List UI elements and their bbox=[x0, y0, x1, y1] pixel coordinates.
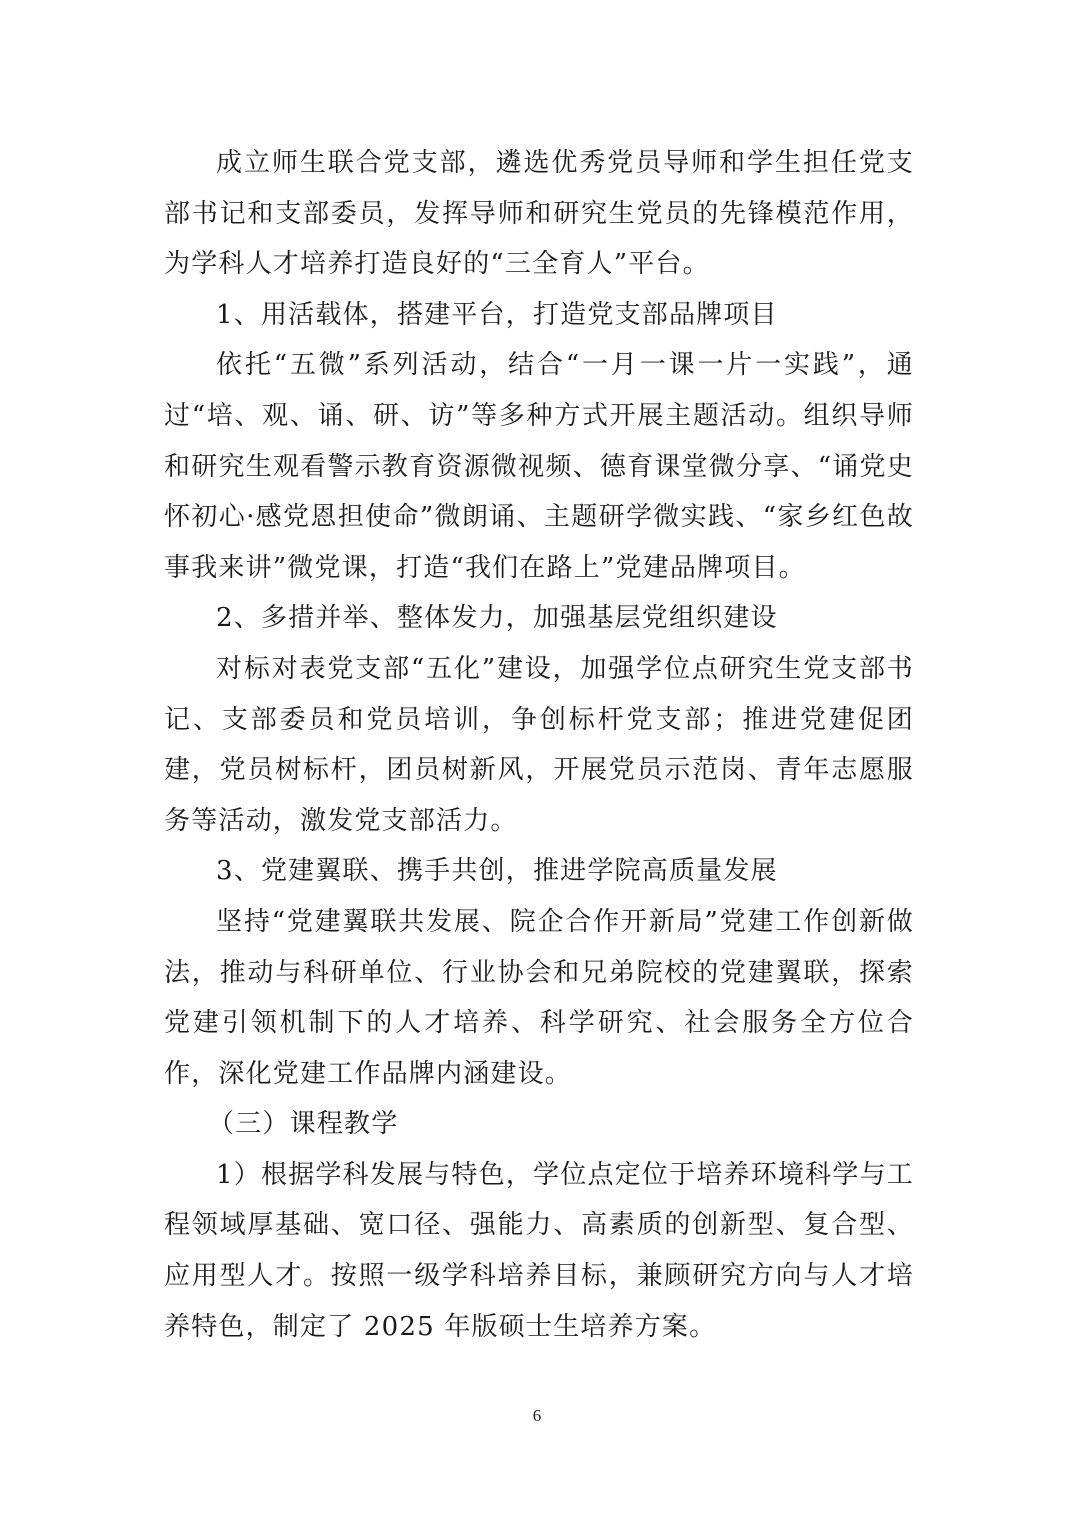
subheading-1-branch-brand: 1、用活载体，搭建平台，打造党支部品牌项目 bbox=[164, 290, 914, 341]
paragraph-training-plan: 1）根据学科发展与特色，学位点定位于培养环境科学与工程领域厚基础、宽口径、强能力… bbox=[164, 1150, 914, 1352]
paragraph-five-micro-activities: 依托“五微”系列活动，结合“一月一课一片一实践”，通过“培、观、诵、研、访”等多… bbox=[164, 340, 914, 593]
page-number: 6 bbox=[0, 1406, 1074, 1426]
subheading-3-party-building-alliance: 3、党建翼联、携手共创，推进学院高质量发展 bbox=[164, 846, 914, 897]
document-page: 成立师生联合党支部，遴选优秀党员导师和学生担任党支部书记和支部委员，发挥导师和研… bbox=[164, 138, 914, 1352]
paragraph-alliance-development: 坚持“党建翼联共发展、院企合作开新局”党建工作创新做法，推动与科研单位、行业协会… bbox=[164, 897, 914, 1099]
section-heading-course-teaching: （三）课程教学 bbox=[164, 1099, 914, 1150]
paragraph-five-standardization: 对标对表党支部“五化”建设，加强学位点研究生党支部书记、支部委员和党员培训，争创… bbox=[164, 644, 914, 846]
subheading-2-grassroots-building: 2、多措并举、整体发力，加强基层党组织建设 bbox=[164, 593, 914, 644]
paragraph-party-branch-intro: 成立师生联合党支部，遴选优秀党员导师和学生担任党支部书记和支部委员，发挥导师和研… bbox=[164, 138, 914, 290]
